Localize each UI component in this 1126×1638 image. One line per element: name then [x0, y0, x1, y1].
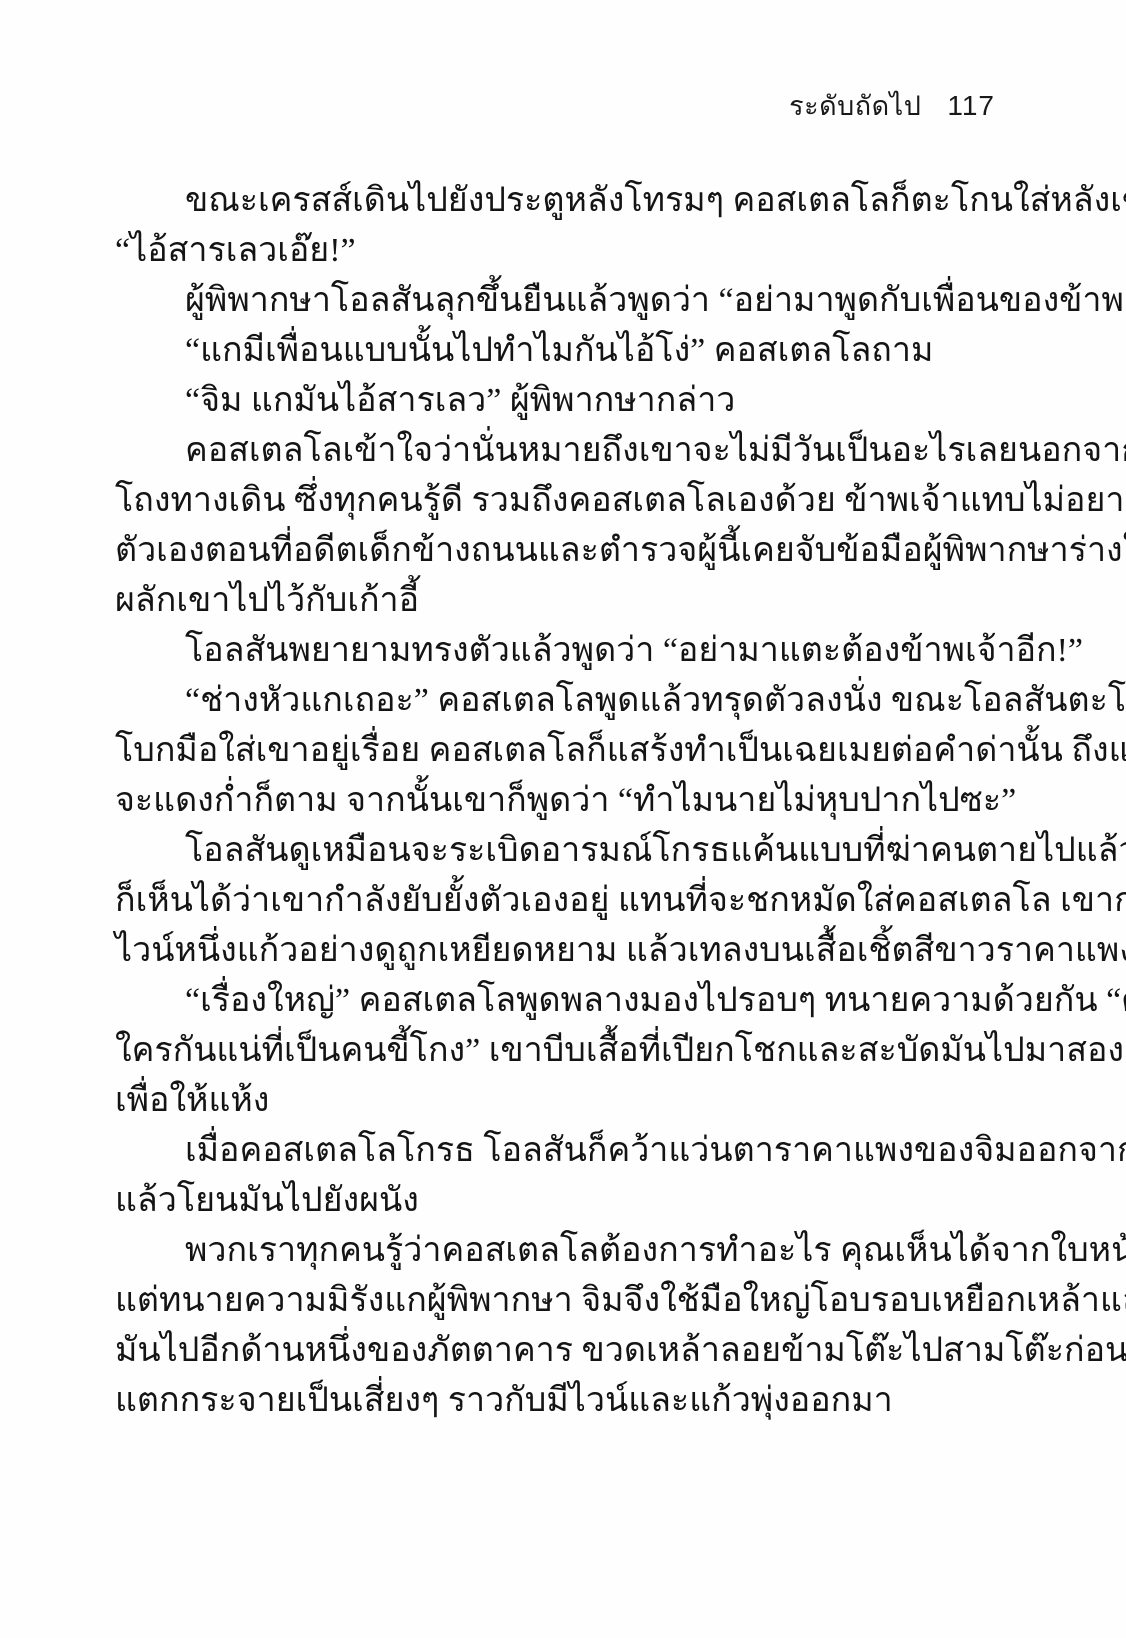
text-line: จะแดงก่ำก็ตาม จากนั้นเขาก็พูดว่า “ทำไมนา… [115, 776, 1012, 826]
running-head: ระดับถัดไป 117 [789, 84, 995, 127]
paragraph: โอลสันพยายามทรงตัวแล้วพูดว่า “อย่ามาแตะต… [115, 626, 1012, 676]
paragraph: เมื่อคอสเตลโลโกรธ โอลสันก็คว้าแว่นตาราคา… [115, 1126, 1012, 1226]
text-line: ผลักเขาไปไว้กับเก้าอี้ [115, 576, 1012, 626]
text-line: ไวน์หนึ่งแก้วอย่างดูถูกเหยียดหยาม แล้วเท… [115, 926, 1012, 976]
paragraph: “ช่างหัวแกเถอะ” คอสเตลโลพูดแล้วทรุดตัวลง… [115, 676, 1012, 826]
text-line: “เรื่องใหญ่” คอสเตลโลพูดพลางมองไปรอบๆ ทน… [115, 976, 1012, 1026]
text-line: “แกมีเพื่อนแบบนั้นไปทำไมกันไอ้โง่” คอสเต… [115, 326, 1012, 376]
text-line: โถงทางเดิน ซึ่งทุกคนรู้ดี รวมถึงคอสเตลโล… [115, 476, 1012, 526]
text-line: โอลสันดูเหมือนจะระเบิดอารมณ์โกรธแค้นแบบท… [115, 826, 1012, 876]
text-line: “ไอ้สารเลวเอ๊ย!” [115, 226, 1012, 276]
text-line: มันไปอีกด้านหนึ่งของภัตตาคาร ขวดเหล้าลอย… [115, 1326, 1012, 1376]
page-body-text: ขณะเครสส์เดินไปยังประตูหลังโทรมๆ คอสเตลโ… [115, 176, 1012, 1426]
text-line: เมื่อคอสเตลโลโกรธ โอลสันก็คว้าแว่นตาราคา… [115, 1126, 1012, 1176]
paragraph: “จิม แกมันไอ้สารเลว” ผู้พิพากษากล่าว [115, 376, 1012, 426]
text-line: ตัวเองตอนที่อดีตเด็กข้างถนนและตำรวจผู้นี… [115, 526, 1012, 576]
text-line: เพื่อให้แห้ง [115, 1076, 1012, 1126]
page-number: 117 [947, 90, 995, 122]
paragraph: ขณะเครสส์เดินไปยังประตูหลังโทรมๆ คอสเตลโ… [115, 176, 1012, 276]
paragraph: “แกมีเพื่อนแบบนั้นไปทำไมกันไอ้โง่” คอสเต… [115, 326, 1012, 376]
text-line: แต่ทนายความมิรังแกผู้พิพากษา จิมจึงใช้มื… [115, 1276, 1012, 1326]
chapter-title: ระดับถัดไป [789, 84, 921, 127]
text-line: “จิม แกมันไอ้สารเลว” ผู้พิพากษากล่าว [115, 376, 1012, 426]
paragraph: พวกเราทุกคนรู้ว่าคอสเตลโลต้องการทำอะไร ค… [115, 1226, 1012, 1426]
text-line: ผู้พิพากษาโอลสันลุกขึ้นยืนแล้วพูดว่า “อย… [115, 276, 1012, 326]
book-page: ระดับถัดไป 117 ขณะเครสส์เดินไปยังประตูหล… [0, 0, 1126, 1638]
text-line: แตกกระจายเป็นเสี่ยงๆ ราวกับมีไวน์และแก้ว… [115, 1376, 1012, 1426]
text-line: คอสเตลโลเข้าใจว่านั่นหมายถึงเขาจะไม่มีวั… [115, 426, 1012, 476]
text-line: ก็เห็นได้ว่าเขากำลังยับยั้งตัวเองอยู่ แท… [115, 876, 1012, 926]
text-line: ขณะเครสส์เดินไปยังประตูหลังโทรมๆ คอสเตลโ… [115, 176, 1012, 226]
text-line: โอลสันพยายามทรงตัวแล้วพูดว่า “อย่ามาแตะต… [115, 626, 1012, 676]
paragraph: โอลสันดูเหมือนจะระเบิดอารมณ์โกรธแค้นแบบท… [115, 826, 1012, 976]
text-line: โบกมือใส่เขาอยู่เรื่อย คอสเตลโลก็แสร้งทำ… [115, 726, 1012, 776]
text-line: ใครกันแน่ที่เป็นคนขี้โกง” เขาบีบเสื้อที่… [115, 1026, 1012, 1076]
text-line: “ช่างหัวแกเถอะ” คอสเตลโลพูดแล้วทรุดตัวลง… [115, 676, 1012, 726]
paragraph: ผู้พิพากษาโอลสันลุกขึ้นยืนแล้วพูดว่า “อย… [115, 276, 1012, 326]
text-line: แล้วโยนมันไปยังผนัง [115, 1176, 1012, 1226]
paragraph: คอสเตลโลเข้าใจว่านั่นหมายถึงเขาจะไม่มีวั… [115, 426, 1012, 626]
text-line: พวกเราทุกคนรู้ว่าคอสเตลโลต้องการทำอะไร ค… [115, 1226, 1012, 1276]
paragraph: “เรื่องใหญ่” คอสเตลโลพูดพลางมองไปรอบๆ ทน… [115, 976, 1012, 1126]
